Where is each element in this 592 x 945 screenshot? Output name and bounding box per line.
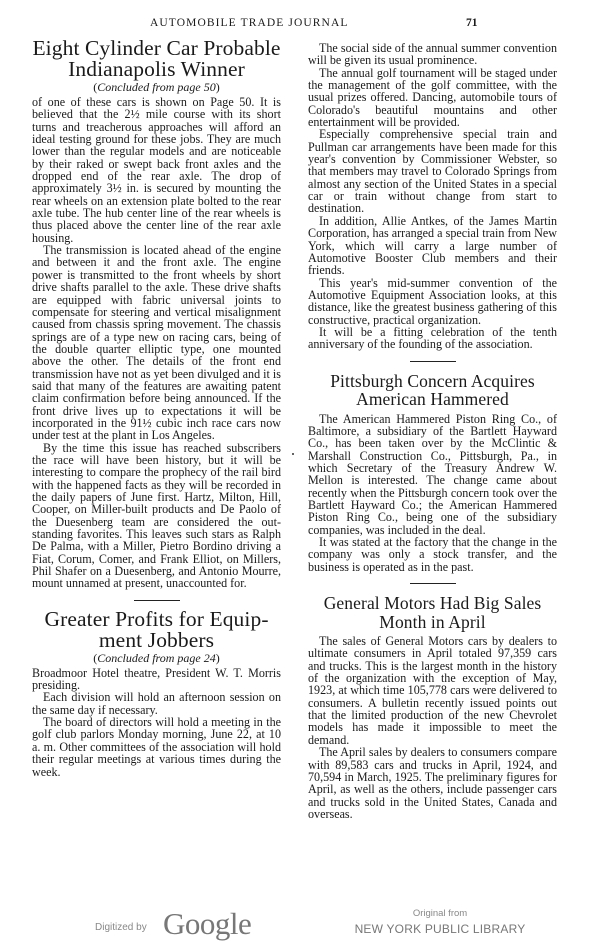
paragraph: The American Hammered Piston Ring Co., o… [308,413,557,536]
section-divider [410,361,456,362]
digitized-by-label: Digitized by [95,922,147,933]
concluded-text: Concluded from page 50 [97,80,216,94]
article-greater-profits: Greater Profits for Equip­ment Jobbers (… [32,609,281,778]
paragraph: Each division will hold an afternoon ses… [32,691,281,716]
concluded-note: (Concluded from page 24) [32,651,281,666]
article-title: Pittsburgh Concern Acquires American Ham… [308,372,557,409]
paragraph: Broadmoor Hotel theatre, President W. T.… [32,667,281,692]
running-header: AUTOMOBILE TRADE JOURNAL 71 [0,17,592,33]
google-logo: Google [163,906,251,942]
article-convention-continued: The social side of the annual summer con… [308,42,557,351]
paragraph: This year's mid-summer convention of the… [308,277,557,326]
article-pittsburgh-concern: Pittsburgh Concern Acquires American Ham… [308,372,557,573]
paragraph: The sales of General Motors cars by deal… [308,635,557,746]
paren-close: ) [216,651,220,665]
print-speck [292,453,294,455]
paragraph: of one of these cars is shown on Page 50… [32,96,281,244]
paragraph: The social side of the annual summer con… [308,42,557,67]
library-name: NEW YORK PUBLIC LIBRARY [335,922,545,936]
paragraph: Especially comprehensive special train a… [308,128,557,214]
original-from-label: Original from [335,908,545,919]
paragraph: The transmission is located ahead of the… [32,244,281,442]
concluded-text: Concluded from page 24 [97,651,216,665]
article-eight-cylinder: Eight Cylinder Car Probable Indianapolis… [32,38,281,590]
journal-title: AUTOMOBILE TRADE JOURNAL [150,17,348,29]
paragraph: It was stated at the factory that the ch… [308,536,557,573]
concluded-note: (Concluded from page 50) [32,80,281,95]
paren-close: ) [216,80,220,94]
paragraph: The board of directors will hold a meeti… [32,716,281,778]
paragraph: The annual golf tournament will be stage… [308,67,557,129]
page-number: 71 [466,17,478,29]
paragraph: The April sales by dealers to consumers … [308,746,557,820]
section-divider [410,583,456,584]
right-column: The social side of the annual summer con… [308,42,557,820]
paragraph: It will be a fitting celebration of the … [308,326,557,351]
section-divider [134,600,180,601]
paragraph: In addition, Allie Antkes, of the James … [308,215,557,277]
left-column: Eight Cylinder Car Probable Indianapolis… [32,38,281,778]
digitization-footer: Digitized by Google Original from NEW YO… [0,905,592,945]
article-title: Eight Cylinder Car Probable Indianapolis… [32,38,281,80]
paragraph: By the time this issue has reached sub­s… [32,442,281,590]
article-general-motors: General Motors Had Big Sales Month in Ap… [308,594,557,820]
article-title: Greater Profits for Equip­ment Jobbers [32,609,281,651]
article-title: General Motors Had Big Sales Month in Ap… [308,594,557,631]
